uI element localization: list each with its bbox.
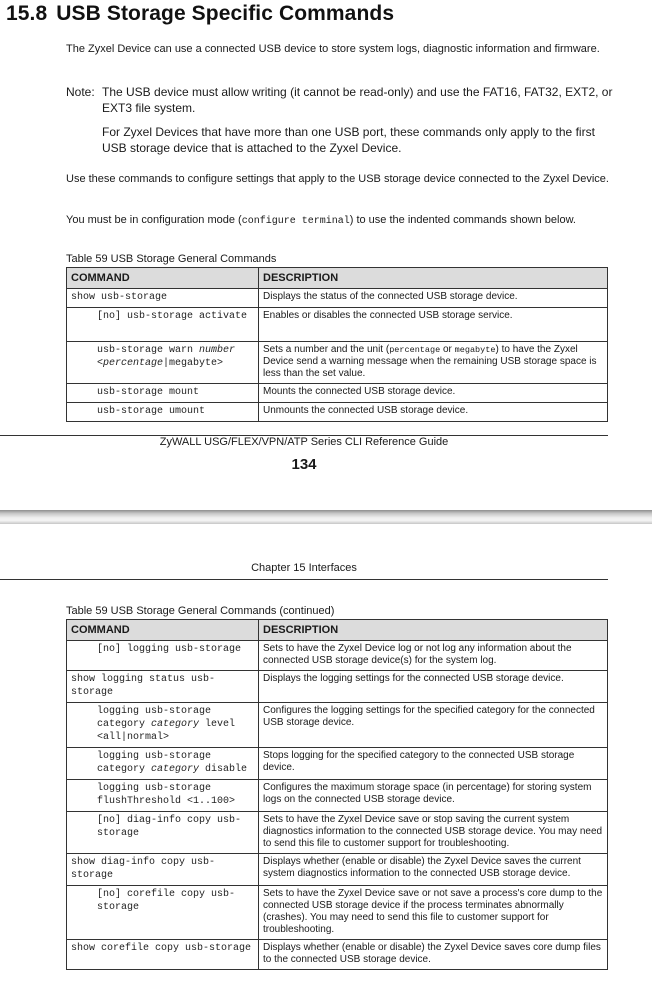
table-row: usb-storage umount Unmounts the connecte…	[67, 403, 608, 422]
description-cell: Unmounts the connected USB storage devic…	[259, 403, 608, 422]
command-cell: [no] diag-info copy usb-storage	[67, 812, 259, 854]
command-cell: logging usb-storage flushThreshold <1..1…	[67, 780, 259, 812]
description-code: percentage	[389, 345, 440, 355]
table-row: usb-storage warn number <percentage|mega…	[67, 342, 608, 384]
command-cell: show diag-info copy usb-storage	[67, 854, 259, 886]
description-cell: Sets a number and the unit (percentage o…	[259, 342, 608, 384]
column-header-command: COMMAND	[67, 620, 259, 641]
column-header-description: DESCRIPTION	[259, 620, 608, 641]
header-rule	[0, 579, 608, 580]
section-title: USB Storage Specific Commands	[56, 2, 394, 25]
table-row: show corefile copy usb-storage Displays …	[67, 940, 608, 970]
commands-table-page2: COMMAND DESCRIPTION [no] logging usb-sto…	[66, 619, 608, 970]
table-row: show diag-info copy usb-storage Displays…	[67, 854, 608, 886]
commands-table-page1: COMMAND DESCRIPTION show usb-storage Dis…	[66, 267, 608, 422]
page-separator	[0, 510, 652, 524]
description-text: or	[440, 344, 454, 355]
footer-guide-title: ZyWALL USG/FLEX/VPN/ATP Series CLI Refer…	[0, 436, 608, 448]
table-row: show logging status usb-storage Displays…	[67, 671, 608, 703]
chapter-header: Chapter 15 Interfaces	[0, 562, 608, 574]
command-arg: category	[151, 764, 199, 775]
note-text: The USB device must allow writing (it ca…	[102, 84, 614, 116]
usage-paragraph: Use these commands to configure settings…	[66, 172, 614, 188]
command-text: |megabyte>	[163, 358, 223, 369]
table-row: logging usb-storage category category di…	[67, 748, 608, 780]
command-cell: usb-storage warn number <percentage|mega…	[67, 342, 259, 384]
table-row: [no] usb-storage activate Enables or dis…	[67, 308, 608, 342]
section-number: 15.8	[6, 2, 47, 25]
command-cell: show usb-storage	[67, 289, 259, 308]
command-text: usb-storage warn	[97, 345, 199, 356]
command-cell: usb-storage umount	[67, 403, 259, 422]
description-cell: Enables or disables the connected USB st…	[259, 308, 608, 342]
description-code: megabyte	[455, 345, 496, 355]
command-cell: [no] corefile copy usb-storage	[67, 886, 259, 940]
command-cell: show logging status usb-storage	[67, 671, 259, 703]
config-mode-text-post: ) to use the indented commands shown bel…	[350, 214, 576, 226]
command-cell: logging usb-storage category category le…	[67, 703, 259, 748]
note-block: Note: The USB device must allow writing …	[66, 84, 614, 156]
table-caption: Table 59 USB Storage General Commands	[66, 253, 276, 265]
description-cell: Stops logging for the specified category…	[259, 748, 608, 780]
section-heading: 15.8USB Storage Specific Commands	[6, 2, 394, 26]
command-arg: category	[151, 719, 199, 730]
command-arg: percentage	[103, 358, 163, 369]
note-label: Note:	[66, 84, 102, 116]
command-arg: number	[199, 345, 235, 356]
command-cell: logging usb-storage category category di…	[67, 748, 259, 780]
command-cell: [no] logging usb-storage	[67, 641, 259, 671]
command-cell: usb-storage mount	[67, 384, 259, 403]
table-row: usb-storage mount Mounts the connected U…	[67, 384, 608, 403]
description-cell: Displays the logging settings for the co…	[259, 671, 608, 703]
config-mode-code: configure terminal	[242, 216, 350, 227]
description-cell: Configures the maximum storage space (in…	[259, 780, 608, 812]
description-cell: Sets to have the Zyxel Device save or st…	[259, 812, 608, 854]
table-row: [no] logging usb-storage Sets to have th…	[67, 641, 608, 671]
description-cell: Sets to have the Zyxel Device log or not…	[259, 641, 608, 671]
description-cell: Displays whether (enable or disable) the…	[259, 940, 608, 970]
page-number: 134	[0, 456, 608, 473]
table-row: [no] diag-info copy usb-storage Sets to …	[67, 812, 608, 854]
config-mode-paragraph: You must be in configuration mode (confi…	[66, 213, 614, 230]
command-cell: [no] usb-storage activate	[67, 308, 259, 342]
description-cell: Displays the status of the connected USB…	[259, 289, 608, 308]
description-cell: Displays whether (enable or disable) the…	[259, 854, 608, 886]
table-row: [no] corefile copy usb-storage Sets to h…	[67, 886, 608, 940]
table-row: logging usb-storage category category le…	[67, 703, 608, 748]
table-row: show usb-storage Displays the status of …	[67, 289, 608, 308]
column-header-description: DESCRIPTION	[259, 268, 608, 289]
command-cell: show corefile copy usb-storage	[67, 940, 259, 970]
column-header-command: COMMAND	[67, 268, 259, 289]
table-caption: Table 59 USB Storage General Commands (c…	[66, 605, 334, 617]
table-row: logging usb-storage flushThreshold <1..1…	[67, 780, 608, 812]
note-text-2: For Zyxel Devices that have more than on…	[66, 124, 614, 156]
command-text: disable	[199, 764, 247, 775]
description-cell: Configures the logging settings for the …	[259, 703, 608, 748]
config-mode-text-pre: You must be in configuration mode (	[66, 214, 242, 226]
description-text: Sets a number and the unit (	[263, 344, 389, 355]
description-cell: Sets to have the Zyxel Device save or no…	[259, 886, 608, 940]
intro-paragraph: The Zyxel Device can use a connected USB…	[66, 42, 614, 58]
description-cell: Mounts the connected USB storage device.	[259, 384, 608, 403]
